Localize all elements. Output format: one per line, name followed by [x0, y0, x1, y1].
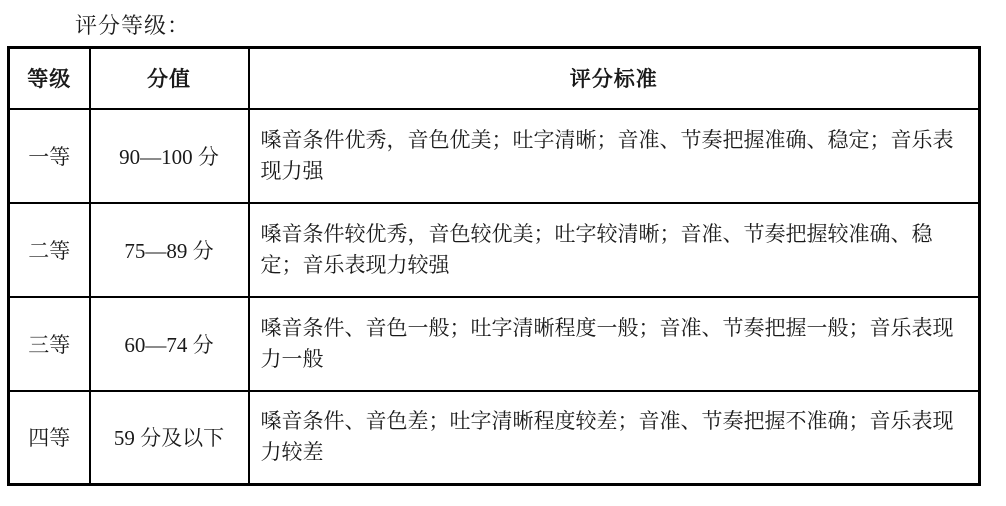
- grade-cell: 四等: [9, 391, 90, 485]
- score-cell: 60—74 分: [90, 297, 249, 391]
- table-row: 三等 60—74 分 嗓音条件、音色一般；吐字清晰程度一般；音准、节奏把握一般；…: [9, 297, 980, 391]
- criteria-cell: 嗓音条件较优秀，音色较优美；吐字较清晰；音准、节奏把握较准确、稳定；音乐表现力较…: [249, 203, 980, 297]
- header-grade: 等级: [9, 48, 90, 109]
- criteria-cell: 嗓音条件优秀，音色优美；吐字清晰；音准、节奏把握准确、稳定；音乐表现力强: [249, 109, 980, 203]
- table-row: 四等 59 分及以下 嗓音条件、音色差；吐字清晰程度较差；音准、节奏把握不准确；…: [9, 391, 980, 485]
- table-row: 二等 75—89 分 嗓音条件较优秀，音色较优美；吐字较清晰；音准、节奏把握较准…: [9, 203, 980, 297]
- grade-cell: 二等: [9, 203, 90, 297]
- grade-cell: 三等: [9, 297, 90, 391]
- header-criteria: 评分标准: [249, 48, 980, 109]
- score-cell: 90—100 分: [90, 109, 249, 203]
- score-cell: 75—89 分: [90, 203, 249, 297]
- header-score: 分值: [90, 48, 249, 109]
- table-body: 一等 90—100 分 嗓音条件优秀，音色优美；吐字清晰；音准、节奏把握准确、稳…: [9, 109, 980, 485]
- grade-cell: 一等: [9, 109, 90, 203]
- score-cell: 59 分及以下: [90, 391, 249, 485]
- header-row: 等级 分值 评分标准: [9, 48, 980, 109]
- criteria-cell: 嗓音条件、音色差；吐字清晰程度较差；音准、节奏把握不准确；音乐表现力较差: [249, 391, 980, 485]
- page-title: 评分等级：: [75, 9, 190, 40]
- table-row: 一等 90—100 分 嗓音条件优秀，音色优美；吐字清晰；音准、节奏把握准确、稳…: [9, 109, 980, 203]
- document-page: 评分等级： 等级 分值 评分标准 一等 90—100 分 嗓音条件优秀，音色优美…: [0, 0, 1006, 506]
- criteria-cell: 嗓音条件、音色一般；吐字清晰程度一般；音准、节奏把握一般；音乐表现力一般: [249, 297, 980, 391]
- grading-table: 等级 分值 评分标准 一等 90—100 分 嗓音条件优秀，音色优美；吐字清晰；…: [7, 46, 981, 486]
- table-header: 等级 分值 评分标准: [9, 48, 980, 109]
